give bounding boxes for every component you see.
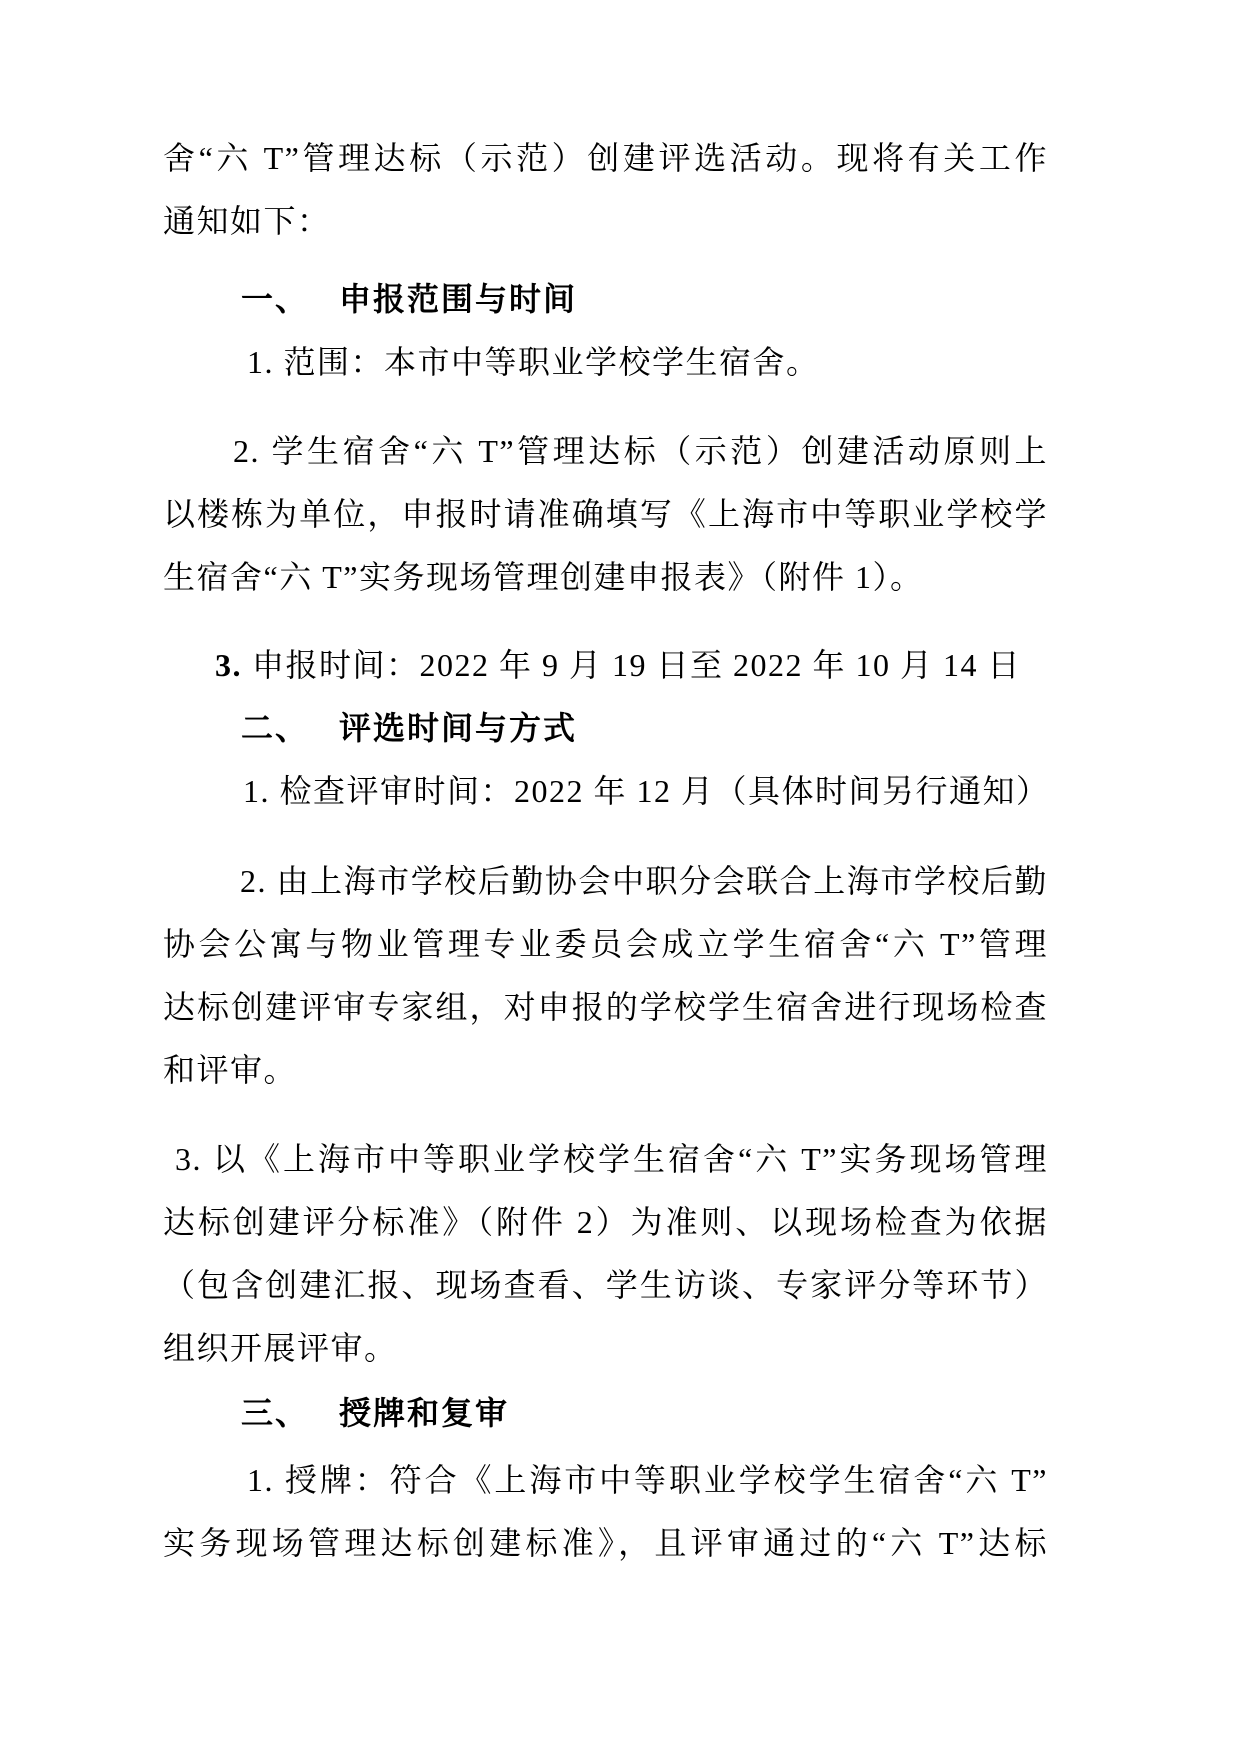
section-2-heading: 二、评选时间与方式 <box>163 697 1048 760</box>
section-3-item-1: 1. 授牌：符合《上海市中等职业学校学生宿舍“六 T” 实务现场管理达标创建标准… <box>163 1449 1048 1575</box>
text-line: 以楼栋为单位，申报时请准确填写《上海市中等职业学校学 <box>163 483 1048 546</box>
text-line: 和评审。 <box>163 1039 1048 1102</box>
text-line: 2. 由上海市学校后勤协会中职分会联合上海市学校后勤 <box>163 850 1048 913</box>
text-line: 舍“六 T”管理达标（示范）创建评选活动。现将有关工作 <box>163 127 1048 190</box>
intro-paragraph: 舍“六 T”管理达标（示范）创建评选活动。现将有关工作 通知如下： <box>163 127 1048 253</box>
text-line: 达标创建评分标准》（附件 2）为准则、以现场检查为依据 <box>163 1191 1048 1254</box>
section-2-item-2: 2. 由上海市学校后勤协会中职分会联合上海市学校后勤 协会公寓与物业管理专业委员… <box>163 850 1048 1102</box>
text-line: 1. 授牌：符合《上海市中等职业学校学生宿舍“六 T” <box>163 1449 1048 1512</box>
text-line: 生宿舍“六 T”实务现场管理创建申报表》（附件 1）。 <box>163 546 1048 609</box>
heading-number: 二、 <box>241 710 309 746</box>
heading-title: 申报范围与时间 <box>339 281 577 317</box>
text-line: 达标创建评审专家组，对申报的学校学生宿舍进行现场检查 <box>163 976 1048 1039</box>
text-line: 1. 范围：本市中等职业学校学生宿舍。 <box>163 331 1048 394</box>
section-1-heading: 一、申报范围与时间 <box>163 268 1048 331</box>
heading-number: 一、 <box>241 281 309 317</box>
heading-title: 授牌和复审 <box>339 1395 509 1431</box>
text-line: 实务现场管理达标创建标准》，且评审通过的“六 T”达标 <box>163 1512 1048 1575</box>
text-line: 组织开展评审。 <box>163 1317 1048 1380</box>
heading-number: 三、 <box>241 1395 309 1431</box>
item-text: 申报时间：2022 年 9 月 19 日至 2022 年 10 月 14 日 <box>252 647 1021 683</box>
text-line: 2. 学生宿舍“六 T”管理达标（示范）创建活动原则上 <box>163 420 1048 483</box>
text-line: 1. 检查评审时间：2022 年 12 月（具体时间另行通知） <box>163 760 1048 823</box>
document-page: 舍“六 T”管理达标（示范）创建评选活动。现将有关工作 通知如下： 一、申报范围… <box>0 0 1241 1755</box>
section-1-item-3: 3.申报时间：2022 年 9 月 19 日至 2022 年 10 月 14 日 <box>163 634 1048 697</box>
heading-title: 评选时间与方式 <box>339 710 577 746</box>
section-3-heading: 三、授牌和复审 <box>163 1382 1048 1445</box>
text-line: 通知如下： <box>163 190 1048 253</box>
section-2-item-3: 3. 以《上海市中等职业学校学生宿舍“六 T”实务现场管理 达标创建评分标准》（… <box>163 1128 1048 1380</box>
text-line: 3. 以《上海市中等职业学校学生宿舍“六 T”实务现场管理 <box>163 1128 1048 1191</box>
text-line: 协会公寓与物业管理专业委员会成立学生宿舍“六 T”管理 <box>163 913 1048 976</box>
text-line: 3.申报时间：2022 年 9 月 19 日至 2022 年 10 月 14 日 <box>163 634 1048 697</box>
section-2-item-1: 1. 检查评审时间：2022 年 12 月（具体时间另行通知） <box>163 760 1048 823</box>
item-number: 3. <box>215 647 242 683</box>
section-1-item-2: 2. 学生宿舍“六 T”管理达标（示范）创建活动原则上 以楼栋为单位，申报时请准… <box>163 420 1048 609</box>
section-1-item-1: 1. 范围：本市中等职业学校学生宿舍。 <box>163 331 1048 394</box>
text-line: （包含创建汇报、现场查看、学生访谈、专家评分等环节） <box>163 1254 1048 1317</box>
